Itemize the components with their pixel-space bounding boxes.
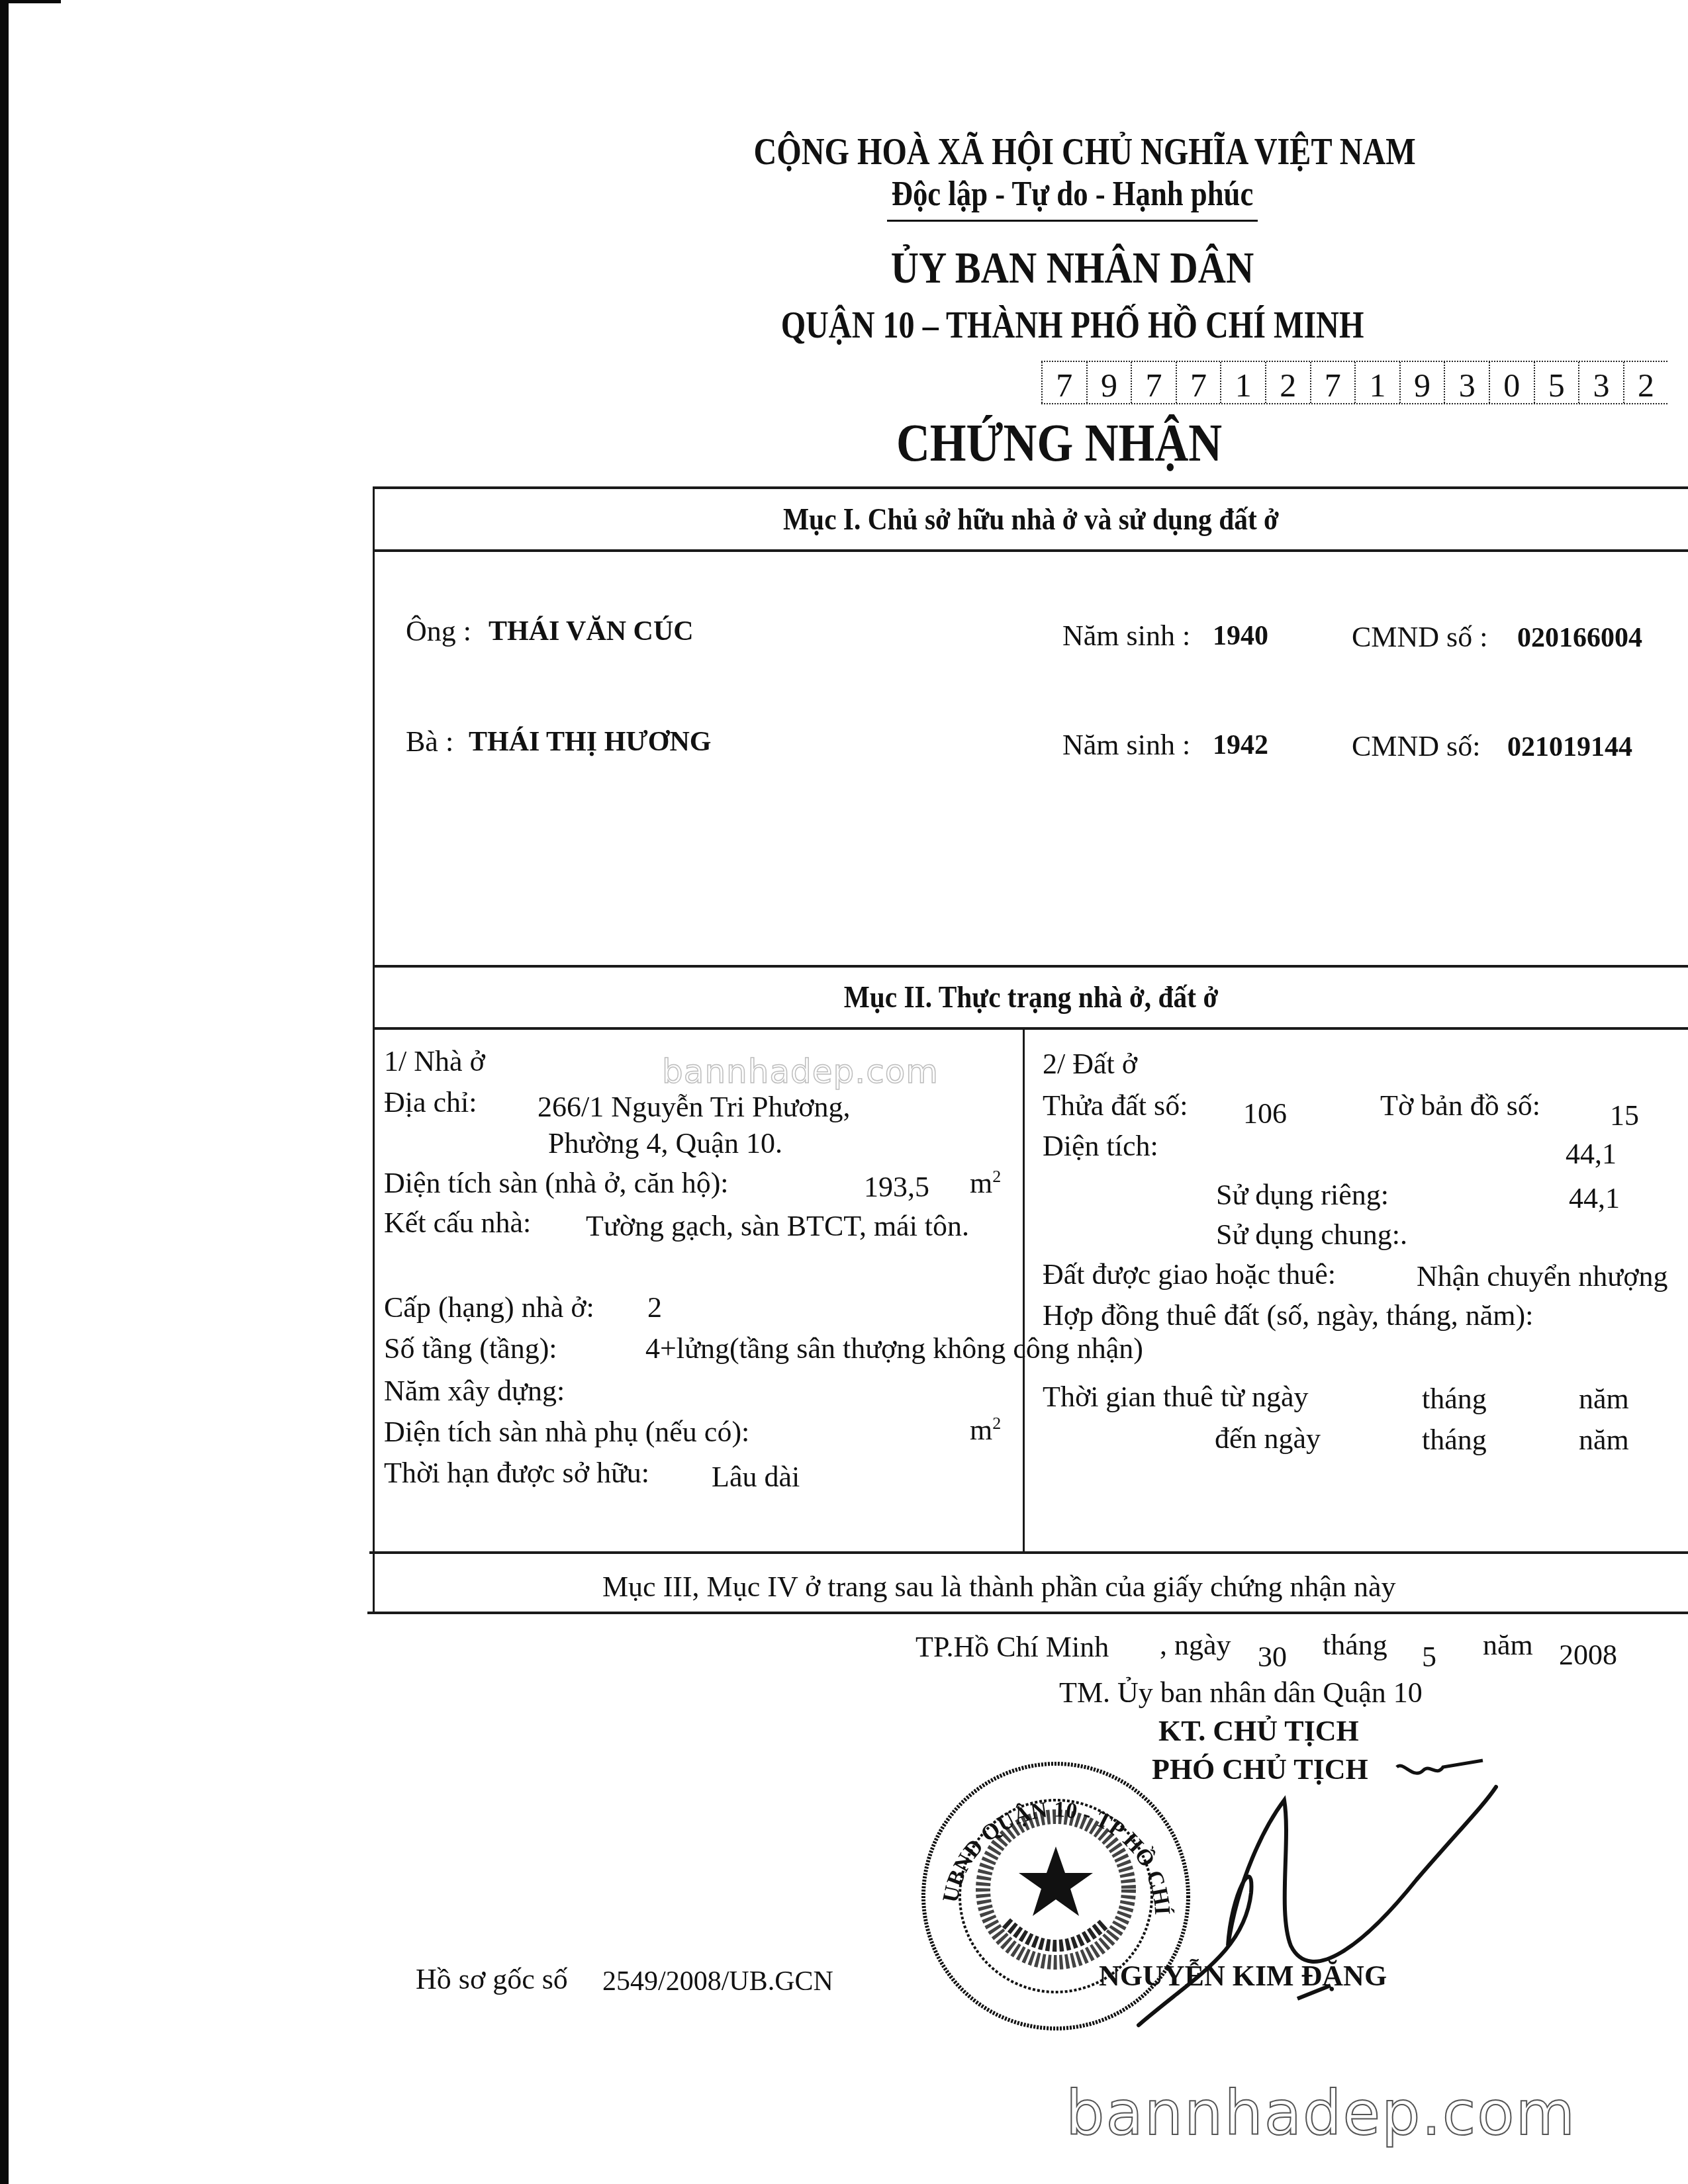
section2-header-divider [374, 1027, 1688, 1030]
owner-birth-year: 1940 [1213, 620, 1268, 652]
shared-use-label: Sử dụng chung:. [1216, 1218, 1407, 1251]
signing-month: 5 [1422, 1640, 1436, 1674]
land-heading: 2/ Đất ở [1043, 1047, 1137, 1081]
lease-to-year-label: năm [1579, 1423, 1629, 1457]
owner-birth-label: Năm sinh : [1062, 728, 1190, 762]
file-ref-label: Hồ sơ gốc số [416, 1962, 568, 1996]
section2-column-divider [1023, 1027, 1025, 1551]
floor-area-label: Diện tích sàn (nhà ở, căn hộ): [384, 1166, 729, 1200]
map-sheet-value: 15 [1610, 1099, 1639, 1132]
structure-value: Tường gạch, sàn BTCT, mái tôn. [586, 1209, 969, 1243]
allocation-label: Đất được giao hoặc thuê: [1043, 1257, 1336, 1291]
parcel-value: 106 [1243, 1097, 1287, 1130]
scan-border-left [0, 0, 9, 2184]
section2-title: Mục II. Thực trạng nhà ở, đất ở [440, 979, 1622, 1015]
signing-year: 2008 [1559, 1638, 1617, 1672]
serial-digit: 7 [1131, 362, 1176, 403]
grade-label: Cấp (hạng) nhà ở: [384, 1291, 594, 1324]
section1-title: Mục I. Chủ sở hữu nhà ở và sử dụng đất ở [440, 502, 1622, 537]
serial-digit: 3 [1444, 362, 1489, 403]
signing-year-label: năm [1483, 1628, 1533, 1662]
section34-top-divider [369, 1551, 1688, 1554]
owner-birth-label: Năm sinh : [1062, 619, 1190, 653]
motto-underline [887, 220, 1258, 222]
table-border-left [373, 486, 375, 1614]
owner-id-number: 021019144 [1507, 731, 1632, 763]
address-label: Địa chỉ: [384, 1085, 477, 1119]
table-border-bottom [367, 1612, 1688, 1614]
serial-digit: 5 [1534, 362, 1579, 403]
aux-area-label: Diện tích sàn nhà phụ (nếu có): [384, 1415, 749, 1449]
watermark-footer: bannhadep.com [1066, 2078, 1576, 2149]
serial-digit: 1 [1220, 362, 1265, 403]
owner-birth-year: 1942 [1213, 729, 1268, 761]
file-ref-value: 2549/2008/UB.GCN [602, 1966, 833, 1997]
serial-digit: 2 [1623, 362, 1668, 403]
serial-digit: 7 [1176, 362, 1221, 403]
address-line1: 266/1 Nguyễn Tri Phương, [538, 1090, 851, 1124]
lease-from-month-label: tháng [1422, 1382, 1487, 1416]
serial-digit: 2 [1265, 362, 1310, 403]
floors-value: 4+lửng(tầng sân thượng không công nhận) [645, 1332, 1143, 1365]
house-heading: 1/ Nhà ở [384, 1044, 485, 1078]
serial-digit: 9 [1399, 362, 1444, 403]
signature-icon [1112, 1747, 1542, 2052]
serial-digit: 1 [1354, 362, 1399, 403]
table-border-top [374, 486, 1688, 489]
owner-id-label: CMND số : [1352, 620, 1487, 654]
signing-day: 30 [1258, 1640, 1287, 1674]
map-sheet-label: Tờ bản đồ số: [1380, 1089, 1540, 1122]
serial-digit: 7 [1041, 362, 1086, 403]
lease-from-label: Thời gian thuê từ ngày [1043, 1380, 1308, 1414]
private-use-value: 44,1 [1569, 1181, 1620, 1215]
country-name: CỘNG HOÀ XÃ HỘI CHỦ NGHĨA VIỆT NAM [753, 131, 1391, 173]
address-line2: Phường 4, Quận 10. [548, 1126, 782, 1160]
land-area-value: 44,1 [1566, 1137, 1617, 1171]
lease-to-label: đến ngày [1215, 1422, 1321, 1455]
lease-to-month-label: tháng [1422, 1423, 1487, 1457]
owner-prefix: Bà : [406, 725, 453, 758]
owner-id-number: 020166004 [1517, 622, 1642, 654]
ownership-term-value: Lâu dài [712, 1460, 800, 1494]
lease-contract-label: Hợp đồng thuê đất (số, ngày, tháng, năm)… [1043, 1298, 1533, 1332]
section34-note: Mục III, Mục IV ở trang sau là thành phầ… [602, 1570, 1396, 1604]
owner-prefix: Ông : [406, 614, 471, 648]
floor-area-value: 193,5 [864, 1170, 929, 1204]
year-built-label: Năm xây dựng: [384, 1374, 565, 1408]
floors-label: Số tầng (tầng): [384, 1332, 557, 1365]
parcel-label: Thửa đất số: [1043, 1089, 1188, 1122]
land-area-label: Diện tích: [1043, 1129, 1158, 1163]
signing-month-label: tháng [1323, 1628, 1387, 1662]
issuing-district: QUẬN 10 – THÀNH PHỐ HỒ CHÍ MINH [753, 304, 1391, 347]
ownership-term-label: Thời hạn được sở hữu: [384, 1456, 649, 1490]
serial-digit: 3 [1578, 362, 1623, 403]
owner-name: THÁI THỊ HƯƠNG [469, 726, 711, 758]
section1-header-divider [374, 549, 1688, 552]
document-title: CHỨNG NHẬN [768, 414, 1350, 474]
signing-for-chairman: KT. CHỦ TỊCH [1158, 1714, 1359, 1748]
issuing-authority: ỦY BAN NHÂN DÂN [753, 242, 1391, 294]
scan-border-top [0, 0, 61, 3]
signer-name: NGUYỄN KIM ĐẶNG [1099, 1959, 1387, 1993]
structure-label: Kết cấu nhà: [384, 1206, 531, 1240]
signing-on-behalf: TM. Ủy ban nhân dân Quận 10 [1059, 1676, 1423, 1709]
owner-name: THÁI VĂN CÚC [489, 615, 694, 647]
allocation-value: Nhận chuyển nhượng [1417, 1259, 1667, 1293]
serial-digit: 0 [1489, 362, 1534, 403]
watermark-inline: bannhadep.com [662, 1052, 939, 1091]
aux-area-unit: m2 [970, 1413, 1001, 1447]
owner-id-label: CMND số: [1352, 729, 1480, 763]
serial-digit: 7 [1310, 362, 1355, 403]
private-use-label: Sử dụng riêng: [1216, 1178, 1389, 1212]
national-motto: Độc lập - Tự do - Hạnh phúc [753, 175, 1391, 214]
certificate-serial-number: 79771271930532 [1041, 361, 1667, 404]
serial-digit: 9 [1086, 362, 1131, 403]
section2-top-divider [374, 965, 1688, 968]
floor-area-unit: m2 [970, 1166, 1001, 1200]
grade-value: 2 [647, 1291, 662, 1324]
signing-place: TP.Hồ Chí Minh [915, 1630, 1109, 1664]
lease-from-year-label: năm [1579, 1382, 1629, 1416]
signing-day-label: , ngày [1160, 1628, 1231, 1662]
